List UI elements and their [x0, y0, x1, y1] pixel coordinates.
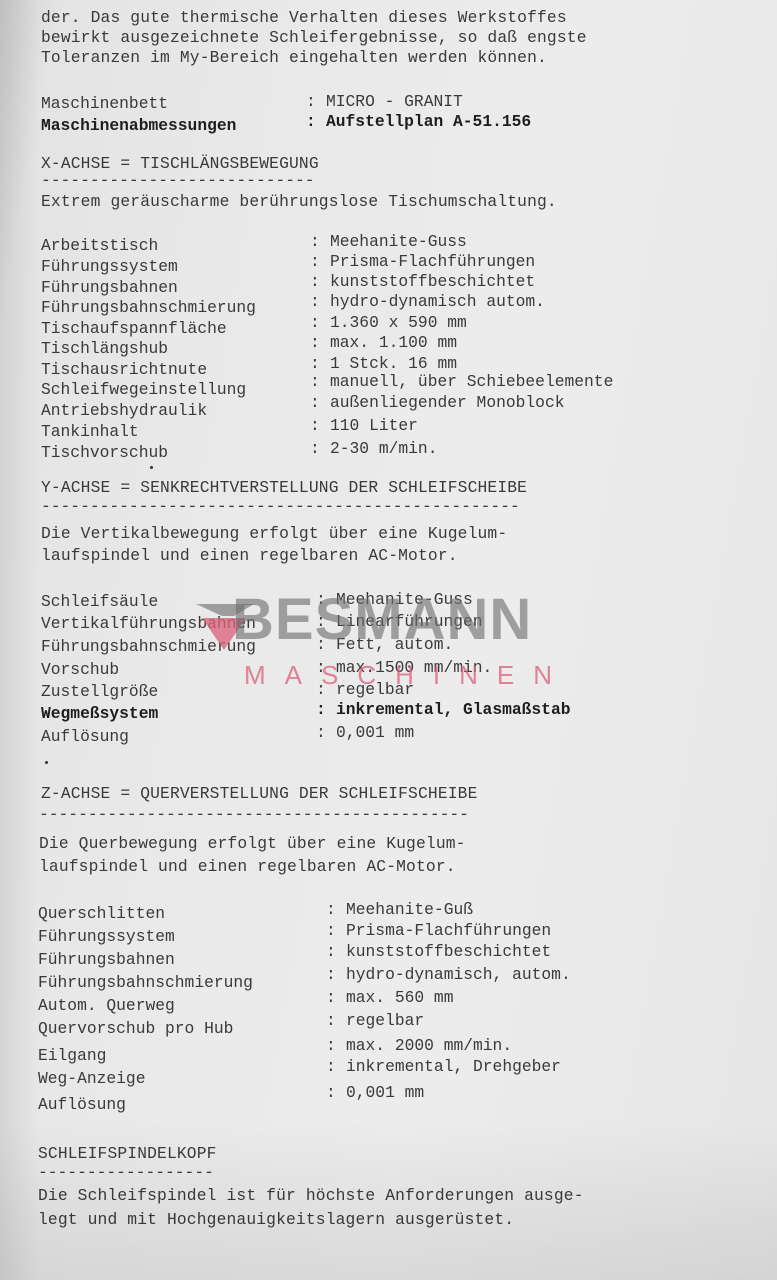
stray-dot	[150, 466, 153, 469]
spec-value: regelbar	[346, 1011, 424, 1031]
spec-separator: :	[326, 921, 336, 941]
spec-label: Wegmeßsystem	[41, 704, 158, 724]
spec-value: 0,001 mm	[346, 1083, 424, 1103]
spec-separator: :	[316, 700, 326, 720]
spec-value: Fett, autom.	[336, 635, 453, 655]
spec-value: hydro-dynamisch autom.	[330, 292, 545, 312]
spec-value: MICRO - GRANIT	[326, 92, 463, 112]
spec-separator: :	[310, 333, 320, 353]
intro-line-3: Toleranzen im My-Bereich eingehalten wer…	[41, 48, 547, 68]
x-axis-title: X-ACHSE = TISCHLÄNGSBEWEGUNG	[41, 154, 319, 174]
spec-separator: :	[326, 942, 336, 962]
spec-value: Meehanite-Guß	[346, 900, 473, 920]
spec-separator: :	[310, 252, 320, 272]
spec-value: Linearführungen	[336, 612, 483, 632]
spec-label: Führungssystem	[41, 257, 178, 277]
spec-separator: :	[326, 965, 336, 985]
spec-value: max.1500 mm/min.	[336, 658, 492, 678]
spec-separator: :	[326, 1011, 336, 1031]
spec-separator: :	[310, 292, 320, 312]
x-axis-underline: ----------------------------	[41, 174, 315, 188]
spec-label: Tischausrichtnute	[41, 360, 207, 380]
spec-value: regelbar	[336, 680, 414, 700]
spec-value: Meehanite-Guss	[336, 590, 473, 610]
document-page: der. Das gute thermische Verhalten diese…	[0, 0, 777, 1280]
spec-separator: :	[310, 354, 320, 374]
spec-value: kunststoffbeschichtet	[346, 942, 551, 962]
y-axis-description-2: laufspindel und einen regelbaren AC-Moto…	[41, 546, 458, 566]
spec-value: inkremental, Glasmaßstab	[336, 700, 571, 720]
spec-separator: :	[316, 612, 326, 632]
spec-label: Führungssystem	[38, 927, 175, 947]
spec-separator: :	[326, 1057, 336, 1077]
spec-separator: :	[310, 313, 320, 333]
spec-label: Querschlitten	[38, 904, 165, 924]
spec-value: außenliegender Monoblock	[330, 393, 565, 413]
spec-separator: :	[310, 439, 320, 459]
z-axis-description-2: laufspindel und einen regelbaren AC-Moto…	[39, 857, 456, 877]
z-axis-title: Z-ACHSE = QUERVERSTELLUNG DER SCHLEIFSCH…	[41, 784, 478, 804]
spec-value: max. 2000 mm/min.	[346, 1036, 512, 1056]
spec-label: Maschinenbett	[41, 94, 168, 114]
spec-separator: :	[326, 1036, 336, 1056]
spec-label: Quervorschub pro Hub	[38, 1019, 233, 1039]
spec-value: kunststoffbeschichtet	[330, 272, 535, 292]
z-axis-underline: ----------------------------------------…	[39, 808, 469, 822]
page-shadow-bottom	[0, 1120, 777, 1280]
spec-separator: :	[326, 900, 336, 920]
spec-label: Weg-Anzeige	[38, 1069, 145, 1089]
spec-value: 1.360 x 590 mm	[330, 313, 467, 333]
spec-label: Tankinhalt	[41, 422, 139, 442]
spec-value: Prisma-Flachführungen	[330, 252, 535, 272]
page-shadow-left	[0, 0, 40, 1280]
intro-line-1: der. Das gute thermische Verhalten diese…	[41, 8, 567, 28]
spec-value: hydro-dynamisch, autom.	[346, 965, 571, 985]
spec-separator: :	[306, 92, 316, 112]
spec-separator: :	[326, 1083, 336, 1103]
spec-label: Vertikalführungsbahnen	[41, 614, 256, 634]
spec-label: Führungsbahnen	[38, 950, 175, 970]
spec-label: Schleifwegeinstellung	[41, 380, 246, 400]
spec-label: Schleifsäule	[41, 592, 158, 612]
spec-label: Zustellgröße	[41, 682, 158, 702]
z-axis-description-1: Die Querbewegung erfolgt über eine Kugel…	[39, 834, 466, 854]
spec-label: Arbeitstisch	[41, 236, 158, 256]
spec-separator: :	[326, 988, 336, 1008]
spec-value: Aufstellplan A-51.156	[326, 112, 531, 132]
intro-line-2: bewirkt ausgezeichnete Schleifergebnisse…	[41, 28, 587, 48]
spec-separator: :	[310, 416, 320, 436]
spec-label: Maschinenabmessungen	[41, 116, 236, 136]
spec-label: Vorschub	[41, 660, 119, 680]
spec-separator: :	[316, 680, 326, 700]
spec-value: max. 1.100 mm	[330, 333, 457, 353]
spec-value: Meehanite-Guss	[330, 232, 467, 252]
spec-separator: :	[306, 112, 316, 132]
spec-value: 0,001 mm	[336, 723, 414, 743]
spec-separator: :	[310, 372, 320, 392]
spec-label: Antriebshydraulik	[41, 401, 207, 421]
spec-label: Führungsbahnen	[41, 278, 178, 298]
spec-label: Führungsbahnschmierung	[38, 973, 253, 993]
spec-label: Autom. Querweg	[38, 996, 175, 1016]
spec-label: Tischaufspannfläche	[41, 319, 227, 339]
spec-separator: :	[316, 723, 326, 743]
spec-separator: :	[310, 232, 320, 252]
y-axis-title: Y-ACHSE = SENKRECHTVERSTELLUNG DER SCHLE…	[41, 478, 527, 498]
spec-separator: :	[316, 635, 326, 655]
spec-label: Eilgang	[38, 1046, 106, 1066]
stray-dot	[45, 761, 48, 764]
spec-label: Auflösung	[41, 727, 129, 747]
spec-separator: :	[310, 272, 320, 292]
y-axis-description-1: Die Vertikalbewegung erfolgt über eine K…	[41, 524, 507, 544]
spec-label: Führungsbahnschmierung	[41, 637, 256, 657]
spec-value: inkremental, Drehgeber	[346, 1057, 561, 1077]
spec-value: 1 Stck. 16 mm	[330, 354, 457, 374]
spec-label: Tischvorschub	[41, 443, 168, 463]
spec-separator: :	[316, 590, 326, 610]
spec-separator: :	[316, 658, 326, 678]
spec-value: 110 Liter	[330, 416, 418, 436]
spec-label: Führungsbahnschmierung	[41, 298, 256, 318]
spec-value: max. 560 mm	[346, 988, 453, 1008]
spec-value: 2-30 m/min.	[330, 439, 437, 459]
spec-separator: :	[310, 393, 320, 413]
x-axis-description: Extrem geräuscharme berührungslose Tisch…	[41, 192, 557, 212]
y-axis-underline: ----------------------------------------…	[41, 500, 520, 514]
spec-label: Tischlängshub	[41, 339, 168, 359]
spec-label: Auflösung	[38, 1095, 126, 1115]
spec-value: Prisma-Flachführungen	[346, 921, 551, 941]
spec-value: manuell, über Schiebeelemente	[330, 372, 613, 392]
